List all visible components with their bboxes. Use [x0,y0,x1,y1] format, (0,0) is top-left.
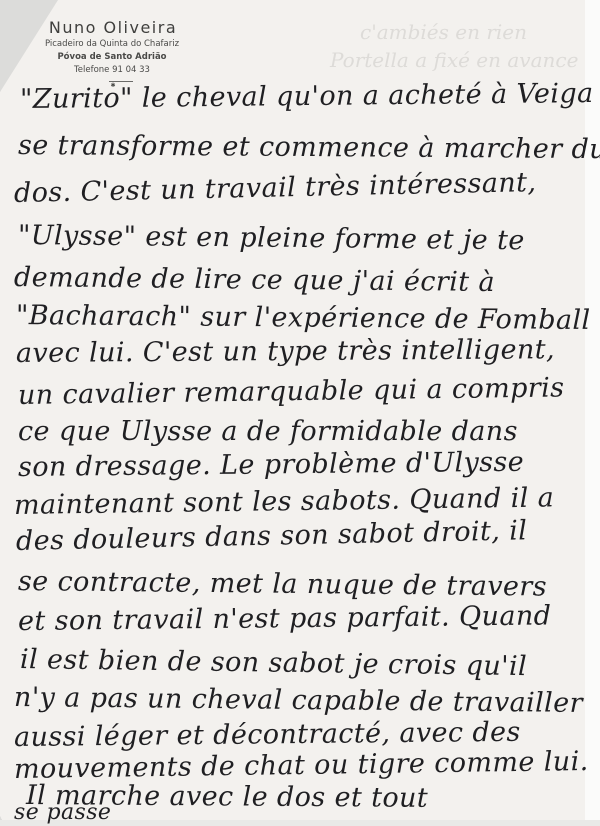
letter-line: dos. C'est un travail très intéressant, [14,167,537,209]
letter-line: et son travail n'est pas parfait. Quand [18,600,552,637]
letter-line: "Bacharach" sur l'expérience de Fomball [16,300,591,336]
letter-line: avec lui. C'est un type très intelligent… [16,334,555,369]
letter-line: "Zurito" le cheval qu'on a acheté à Veig… [20,78,594,115]
letter-line: son dressage. Le problème d'Ulysse [18,447,524,483]
letter-line: se transforme et commence à marcher du [18,130,600,165]
letter-line: demande de lire ce que j'ai écrit à [14,262,495,298]
letter-line: il est bien de son sabot je crois qu'il [20,644,527,682]
letter-line: maintenant sont les sabots. Quand il a [14,482,555,521]
letter-line: se passe [14,800,111,825]
letter-line: se contracte, met la nuque de travers [18,566,547,603]
letter-line: mouvements de chat ou tigre comme lui. [14,746,589,785]
letter-line: n'y a pas un cheval capable de travaille… [14,682,583,719]
letter-line: des douleurs dans son sabot droit, il [16,515,528,557]
letter-line: "Ulysse" est en pleine forme et je te [18,220,525,256]
letter-line: un cavalier remarquable qui a compris [18,372,565,411]
letter-body: "Zurito" le cheval qu'on a acheté à Veig… [0,0,600,826]
letter-line: ce que Ulysse a de formidable dans [18,416,518,447]
